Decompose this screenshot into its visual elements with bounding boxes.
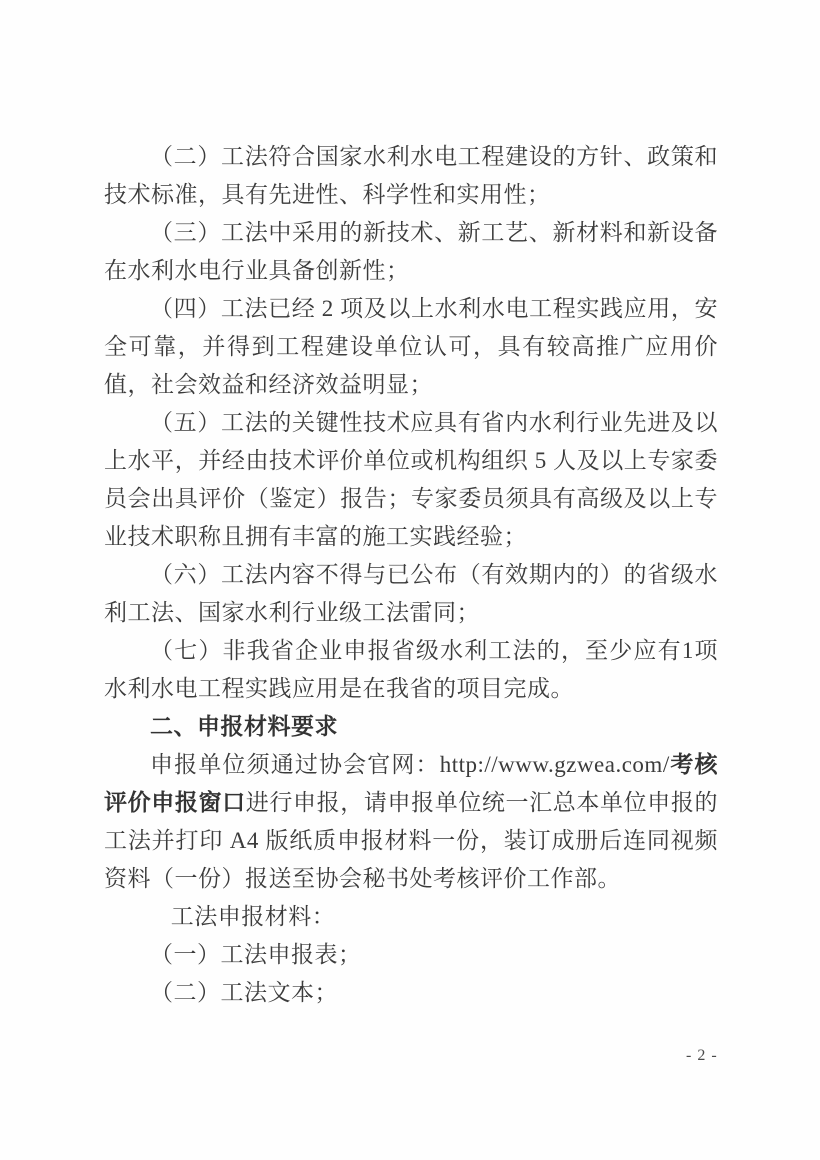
paragraph-3: （四）工法已经 2 项及以上水利水电工程实践应用，安全可靠，并得到工程建设单位认… <box>104 290 718 404</box>
paragraph-8: 申报单位须通过协会官网：http://www.gzwea.com/考核评价申报窗… <box>104 746 718 898</box>
paragraph-11: （二）工法文本； <box>104 974 718 1012</box>
paragraph-1: （二）工法符合国家水利水电工程建设的方针、政策和技术标准，具有先进性、科学性和实… <box>104 138 718 214</box>
document-body: （二）工法符合国家水利水电工程建设的方针、政策和技术标准，具有先进性、科学性和实… <box>104 138 718 1012</box>
paragraph-4: （五）工法的关键性技术应具有省内水利行业先进及以上水平，并经由技术评价单位或机构… <box>104 404 718 556</box>
section-heading: 二、申报材料要求 <box>104 708 718 746</box>
text-run: 申报单位须通过协会官网：http://www.gzwea.com/ <box>150 752 670 777</box>
document-page: （二）工法符合国家水利水电工程建设的方针、政策和技术标准，具有先进性、科学性和实… <box>0 0 820 1160</box>
page-number: - 2 - <box>686 1044 718 1068</box>
paragraph-6: （七）非我省企业申报省级水利工法的，至少应有1项水利水电工程实践应用是在我省的项… <box>104 632 718 708</box>
paragraph-5: （六）工法内容不得与已公布（有效期内的）的省级水利工法、国家水利行业级工法雷同； <box>104 556 718 632</box>
paragraph-2: （三）工法中采用的新技术、新工艺、新材料和新设备在水利水电行业具备创新性； <box>104 214 718 290</box>
paragraph-9: 工法申报材料： <box>104 898 718 936</box>
paragraph-10: （一）工法申报表； <box>104 936 718 974</box>
